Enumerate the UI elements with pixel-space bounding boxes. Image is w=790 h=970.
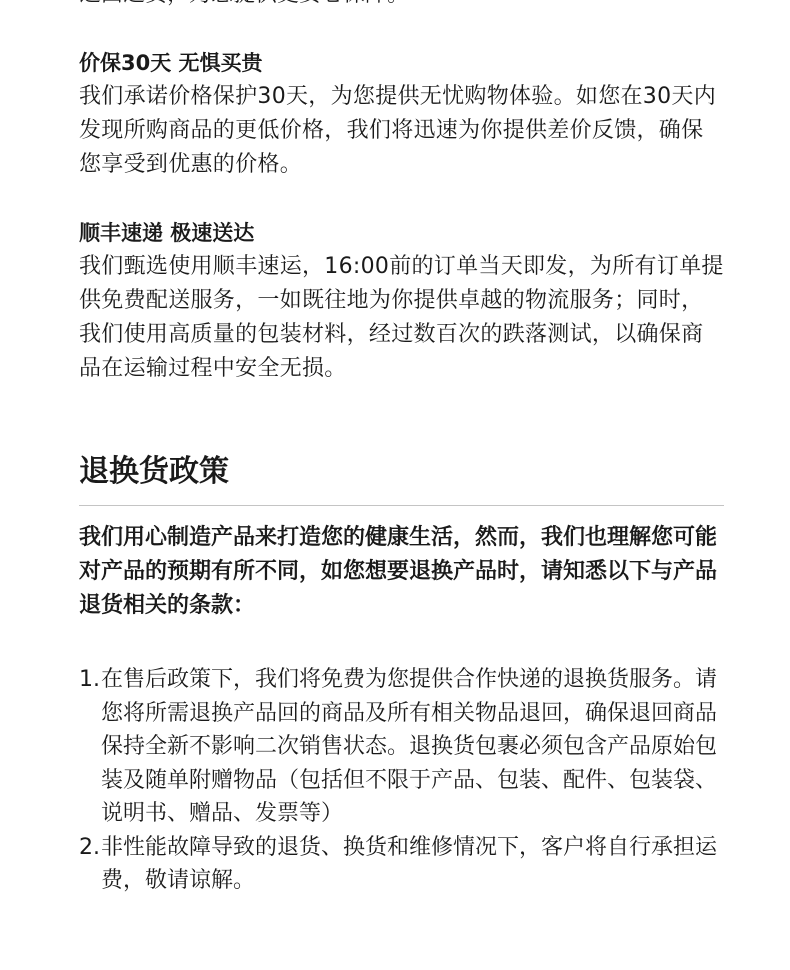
shipping-section: 顺丰速递 极速送达 我们甄选使用顺丰速运，16:00前的订单当天即发，为所有订单… xyxy=(79,216,724,386)
truncated-paragraph-fragment: 退回运费，为您提供更安心保障。 xyxy=(79,0,409,12)
shipping-body: 我们甄选使用顺丰速运，16:00前的订单当天即发，为所有订单提供免费配送服务，一… xyxy=(79,250,724,386)
term-text: 在售后政策下，我们将免费为您提供合作快递的退换货服务。请您将所需退换产品回的商品… xyxy=(101,667,717,826)
section-divider xyxy=(79,505,724,506)
price-protection-body: 我们承诺价格保护30天，为您提供无忧购物体验。如您在30天内发现所购商品的更低价… xyxy=(79,80,724,182)
return-policy-intro: 我们用心制造产品来打造您的健康生活，然而，我们也理解您可能对产品的预期有所不同，… xyxy=(79,521,724,623)
return-policy-title: 退换货政策 xyxy=(79,452,724,492)
price-protection-section: 价保30天 无惧买贵 我们承诺价格保护30天，为您提供无忧购物体验。如您在30天… xyxy=(79,46,724,182)
price-protection-title: 价保30天 无惧买贵 xyxy=(79,46,724,80)
term-text: 非性能故障导致的退货、换货和维修情况下，客户将自行承担运费，敬请谅解。 xyxy=(101,835,717,894)
term-number: 2. xyxy=(79,831,100,865)
term-number: 1. xyxy=(79,663,100,697)
term-item: 1. 在售后政策下，我们将免费为您提供合作快递的退换货服务。请您将所需退换产品回… xyxy=(79,663,724,831)
term-item: 2. 非性能故障导致的退货、换货和维修情况下，客户将自行承担运费，敬请谅解。 xyxy=(79,831,724,898)
return-policy-section: 退换货政策 我们用心制造产品来打造您的健康生活，然而，我们也理解您可能对产品的预… xyxy=(79,452,724,898)
return-policy-terms: 1. 在售后政策下，我们将免费为您提供合作快递的退换货服务。请您将所需退换产品回… xyxy=(79,663,724,898)
shipping-title: 顺丰速递 极速送达 xyxy=(79,216,724,250)
